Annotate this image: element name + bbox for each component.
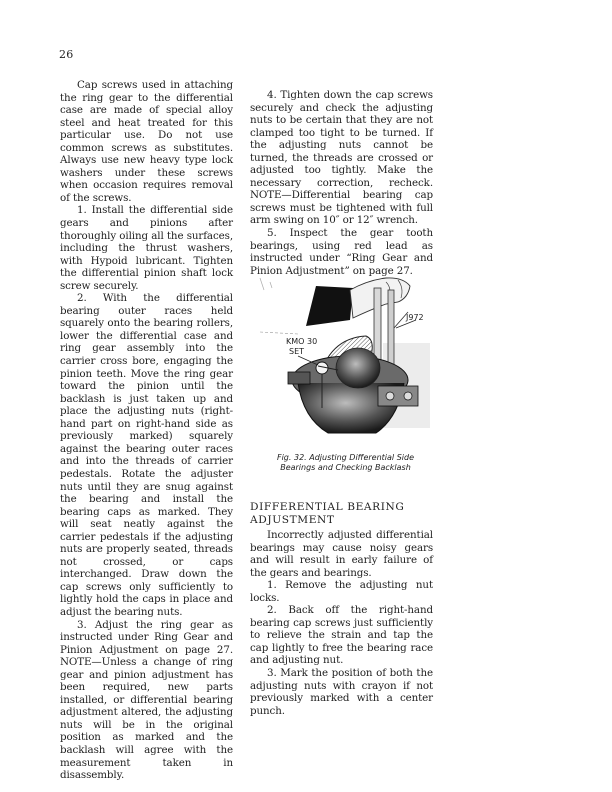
left-text-column: Cap screws used in attaching the ring ge…: [60, 79, 233, 782]
paragraph-mark-position: 3. Mark the position of both the adjusti…: [250, 667, 433, 717]
right-text-column: 4. Tighten down the cap screws securely …: [250, 89, 433, 277]
section-text-column: Incorrectly adjusted differential bearin…: [250, 529, 433, 717]
paragraph-back-off: 2. Back off the right-hand bearing cap s…: [250, 604, 433, 667]
tool-label-set: SET: [289, 347, 304, 356]
paragraph-step-3: 3. Adjust the ring gear as instructed un…: [60, 619, 233, 782]
section-heading: DIFFERENTIAL BEARING ADJUSTMENT: [250, 501, 435, 526]
page-number: 26: [59, 48, 73, 61]
figure-32-differential-illustration: J972 KMO 30 SET: [258, 268, 430, 438]
figure-caption-line-2: Bearings and Checking Backlash: [253, 463, 438, 473]
tool-label-kmo30: KMO 30: [286, 337, 317, 346]
differential-carrier-illustration: [258, 268, 430, 438]
paragraph-step-4: 4. Tighten down the cap screws securely …: [250, 89, 433, 227]
paragraph-intro: Incorrectly adjusted differential bearin…: [250, 529, 433, 579]
figure-caption: Fig. 32. Adjusting Differential Side Bea…: [253, 453, 438, 473]
paragraph-remove-locks: 1. Remove the adjusting nut locks.: [250, 579, 433, 604]
figure-caption-line-1: Fig. 32. Adjusting Differential Side: [253, 453, 438, 463]
tool-label-j972: J972: [406, 313, 424, 322]
paragraph-step-2: 2. With the differential bearing outer r…: [60, 292, 233, 618]
paragraph-step-1: 1. Install the differential side gears a…: [60, 204, 233, 292]
paragraph-cap-screws: Cap screws used in attaching the ring ge…: [60, 79, 233, 204]
